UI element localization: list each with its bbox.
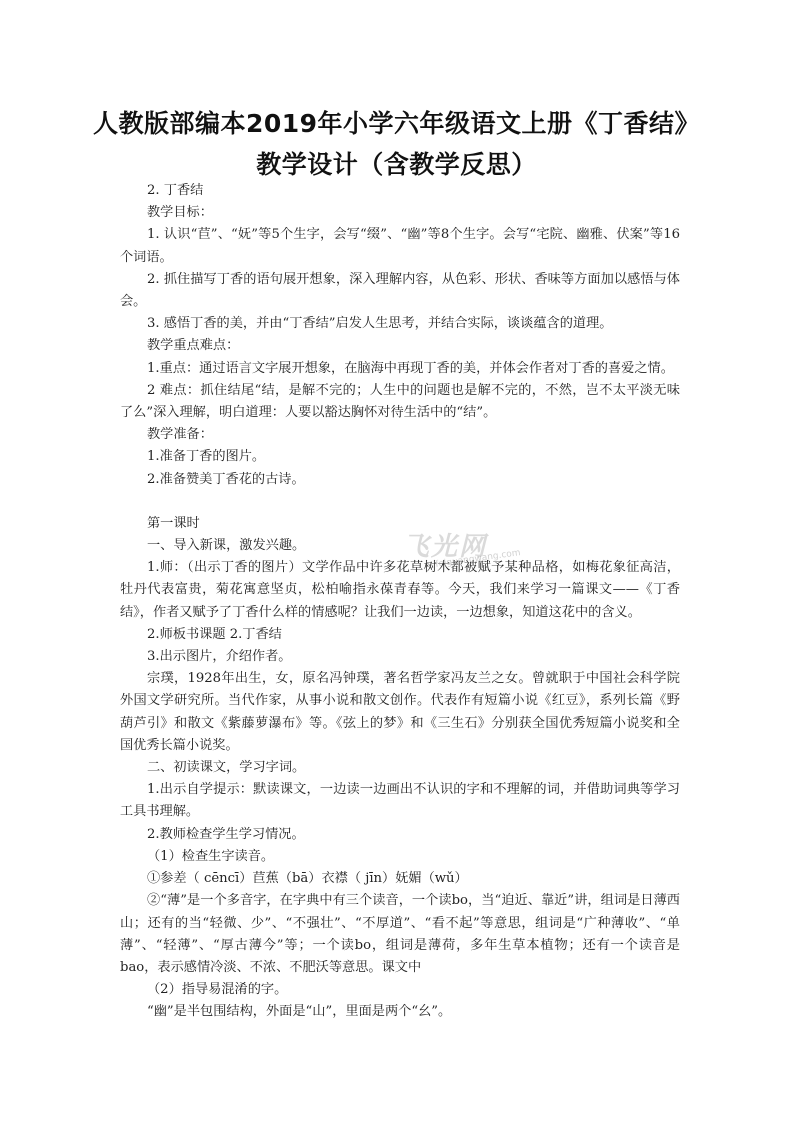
document-body: 2. 丁香结 教学目标： 1. 认识“苣”、“妩”等5个生字，会写“缀”、“幽”… [120, 180, 680, 1024]
document-title-line-2: 教学设计（含教学反思） [0, 145, 793, 181]
section-heading-objectives: 教学目标： [120, 202, 680, 224]
step-2-heading: 二、初读课文，学习字词。 [120, 757, 680, 779]
key-point-2: 2 难点：抓住结尾“结，是解不完的；人生中的问题也是解不完的，不然，岂不太平淡无… [120, 380, 680, 424]
objective-1: 1. 认识“苣”、“妩”等5个生字，会写“缀”、“幽”等8个生字。会写“宅院、幽… [120, 224, 680, 268]
objective-2: 2. 抓住描写丁香的语句展开想象，深入理解内容，从色彩、形状、香味等方面加以感悟… [120, 269, 680, 313]
character-structure-note: “幽”是半包围结构，外面是“山”，里面是两个“幺”。 [120, 1001, 680, 1023]
key-point-1: 1.重点：通过语言文字展开想象，在脑海中再现丁香的美，并体会作者对丁香的喜爱之情… [120, 358, 680, 380]
step-1-1: 1.师：（出示丁香的图片）文学作品中许多花草树木都被赋予某种品格，如梅花象征高洁… [120, 557, 680, 624]
document-page: 人教版部编本2019年小学六年级语文上册《丁香结》 教学设计（含教学反思） 2.… [0, 0, 793, 1122]
step-2-2: 2.教师检查学生学习情况。 [120, 824, 680, 846]
pronunciation-list: ①参差（ cēncī）苣蕉（bā）衣襟（ jīn）妩媚（wǔ） [120, 868, 680, 890]
polyphone-note: ②“薄”是一个多音字，在字典中有三个读音，一个读bo，当“迫近、靠近”讲，组词是… [120, 890, 680, 979]
lesson-heading: 2. 丁香结 [120, 180, 680, 202]
preparation-2: 2.准备赞美丁香花的古诗。 [120, 469, 680, 491]
author-intro: 宗璞，1928年出生，女，原名冯钟璞，著名哲学家冯友兰之女。曾就职于中国社会科学… [120, 668, 680, 757]
section-heading-preparation: 教学准备： [120, 424, 680, 446]
step-2-2-1: （1）检查生字读音。 [120, 846, 680, 868]
step-2-2-2: （2）指导易混淆的字。 [120, 979, 680, 1001]
step-1-3: 3.出示图片，介绍作者。 [120, 646, 680, 668]
section-heading-first-lesson: 第一课时 [120, 513, 680, 535]
section-heading-key-points: 教学重点难点： [120, 335, 680, 357]
step-1-heading: 一、导入新课，激发兴趣。 [120, 535, 680, 557]
step-2-1: 1.出示自学提示：默读课文，一边读一边画出不认识的字和不理解的词，并借助词典等学… [120, 779, 680, 823]
step-1-2: 2.师板书课题 2.丁香结 [120, 624, 680, 646]
preparation-1: 1.准备丁香的图片。 [120, 446, 680, 468]
blank-line [120, 491, 680, 513]
objective-3: 3. 感悟丁香的美，并由“丁香结”启发人生思考，并结合实际，谈谈蕴含的道理。 [120, 313, 680, 335]
document-title-line-1: 人教版部编本2019年小学六年级语文上册《丁香结》 [0, 104, 793, 140]
